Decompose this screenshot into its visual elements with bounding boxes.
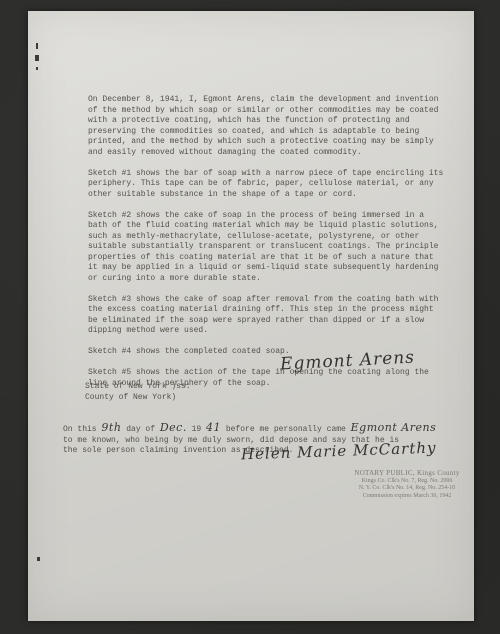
stamp-ny-reg: N. Y. Co. Clk's No. 14, Reg. No. 254-10 — [328, 485, 486, 493]
sketch3-paragraph: Sketch #3 shows the cake of soap after r… — [88, 295, 446, 337]
jurat-venue: State of New York )ss: County of New Yor… — [85, 382, 191, 403]
margin-registration-mark — [36, 67, 38, 70]
margin-registration-mark — [37, 557, 40, 561]
jurat-county-line: County of New York) — [85, 393, 176, 402]
typed-segment: On this — [63, 425, 101, 434]
scan-background: On December 8, 1941, I, Egmont Arens, cl… — [0, 0, 500, 634]
stamp-title: NOTARY PUBLIC, Kings County — [328, 470, 486, 478]
stamp-expiry: Commission expires March 30, 1942 — [328, 493, 486, 501]
handwritten-name: Egmont Arens — [351, 421, 437, 434]
jurat-state-line: State of New York )ss: — [85, 382, 191, 391]
typed-segment: before me personally came — [221, 425, 351, 434]
handwritten-month: Dec. — [160, 421, 187, 434]
typed-segment: 19 — [187, 425, 206, 434]
notary-stamp: NOTARY PUBLIC, Kings County Kings Co. Cl… — [328, 470, 486, 500]
claim-paragraph: On December 8, 1941, I, Egmont Arens, cl… — [88, 95, 446, 158]
notary-line-1: On this 9th day of Dec. 19 41 before me … — [63, 423, 455, 436]
handwritten-day: 9th — [101, 421, 121, 434]
typed-segment: day of — [121, 425, 159, 434]
margin-registration-mark — [35, 55, 39, 61]
handwritten-year: 41 — [206, 421, 221, 434]
stamp-kings-reg: Kings Co. Clk's No. 7, Reg. No. 2006 — [328, 478, 486, 486]
margin-registration-mark — [36, 43, 38, 49]
document-page: On December 8, 1941, I, Egmont Arens, cl… — [28, 11, 474, 621]
sketch2-paragraph: Sketch #2 shows the cake of soap in the … — [88, 211, 446, 285]
sketch1-paragraph: Sketch #1 shows the bar of soap with a n… — [88, 169, 446, 201]
